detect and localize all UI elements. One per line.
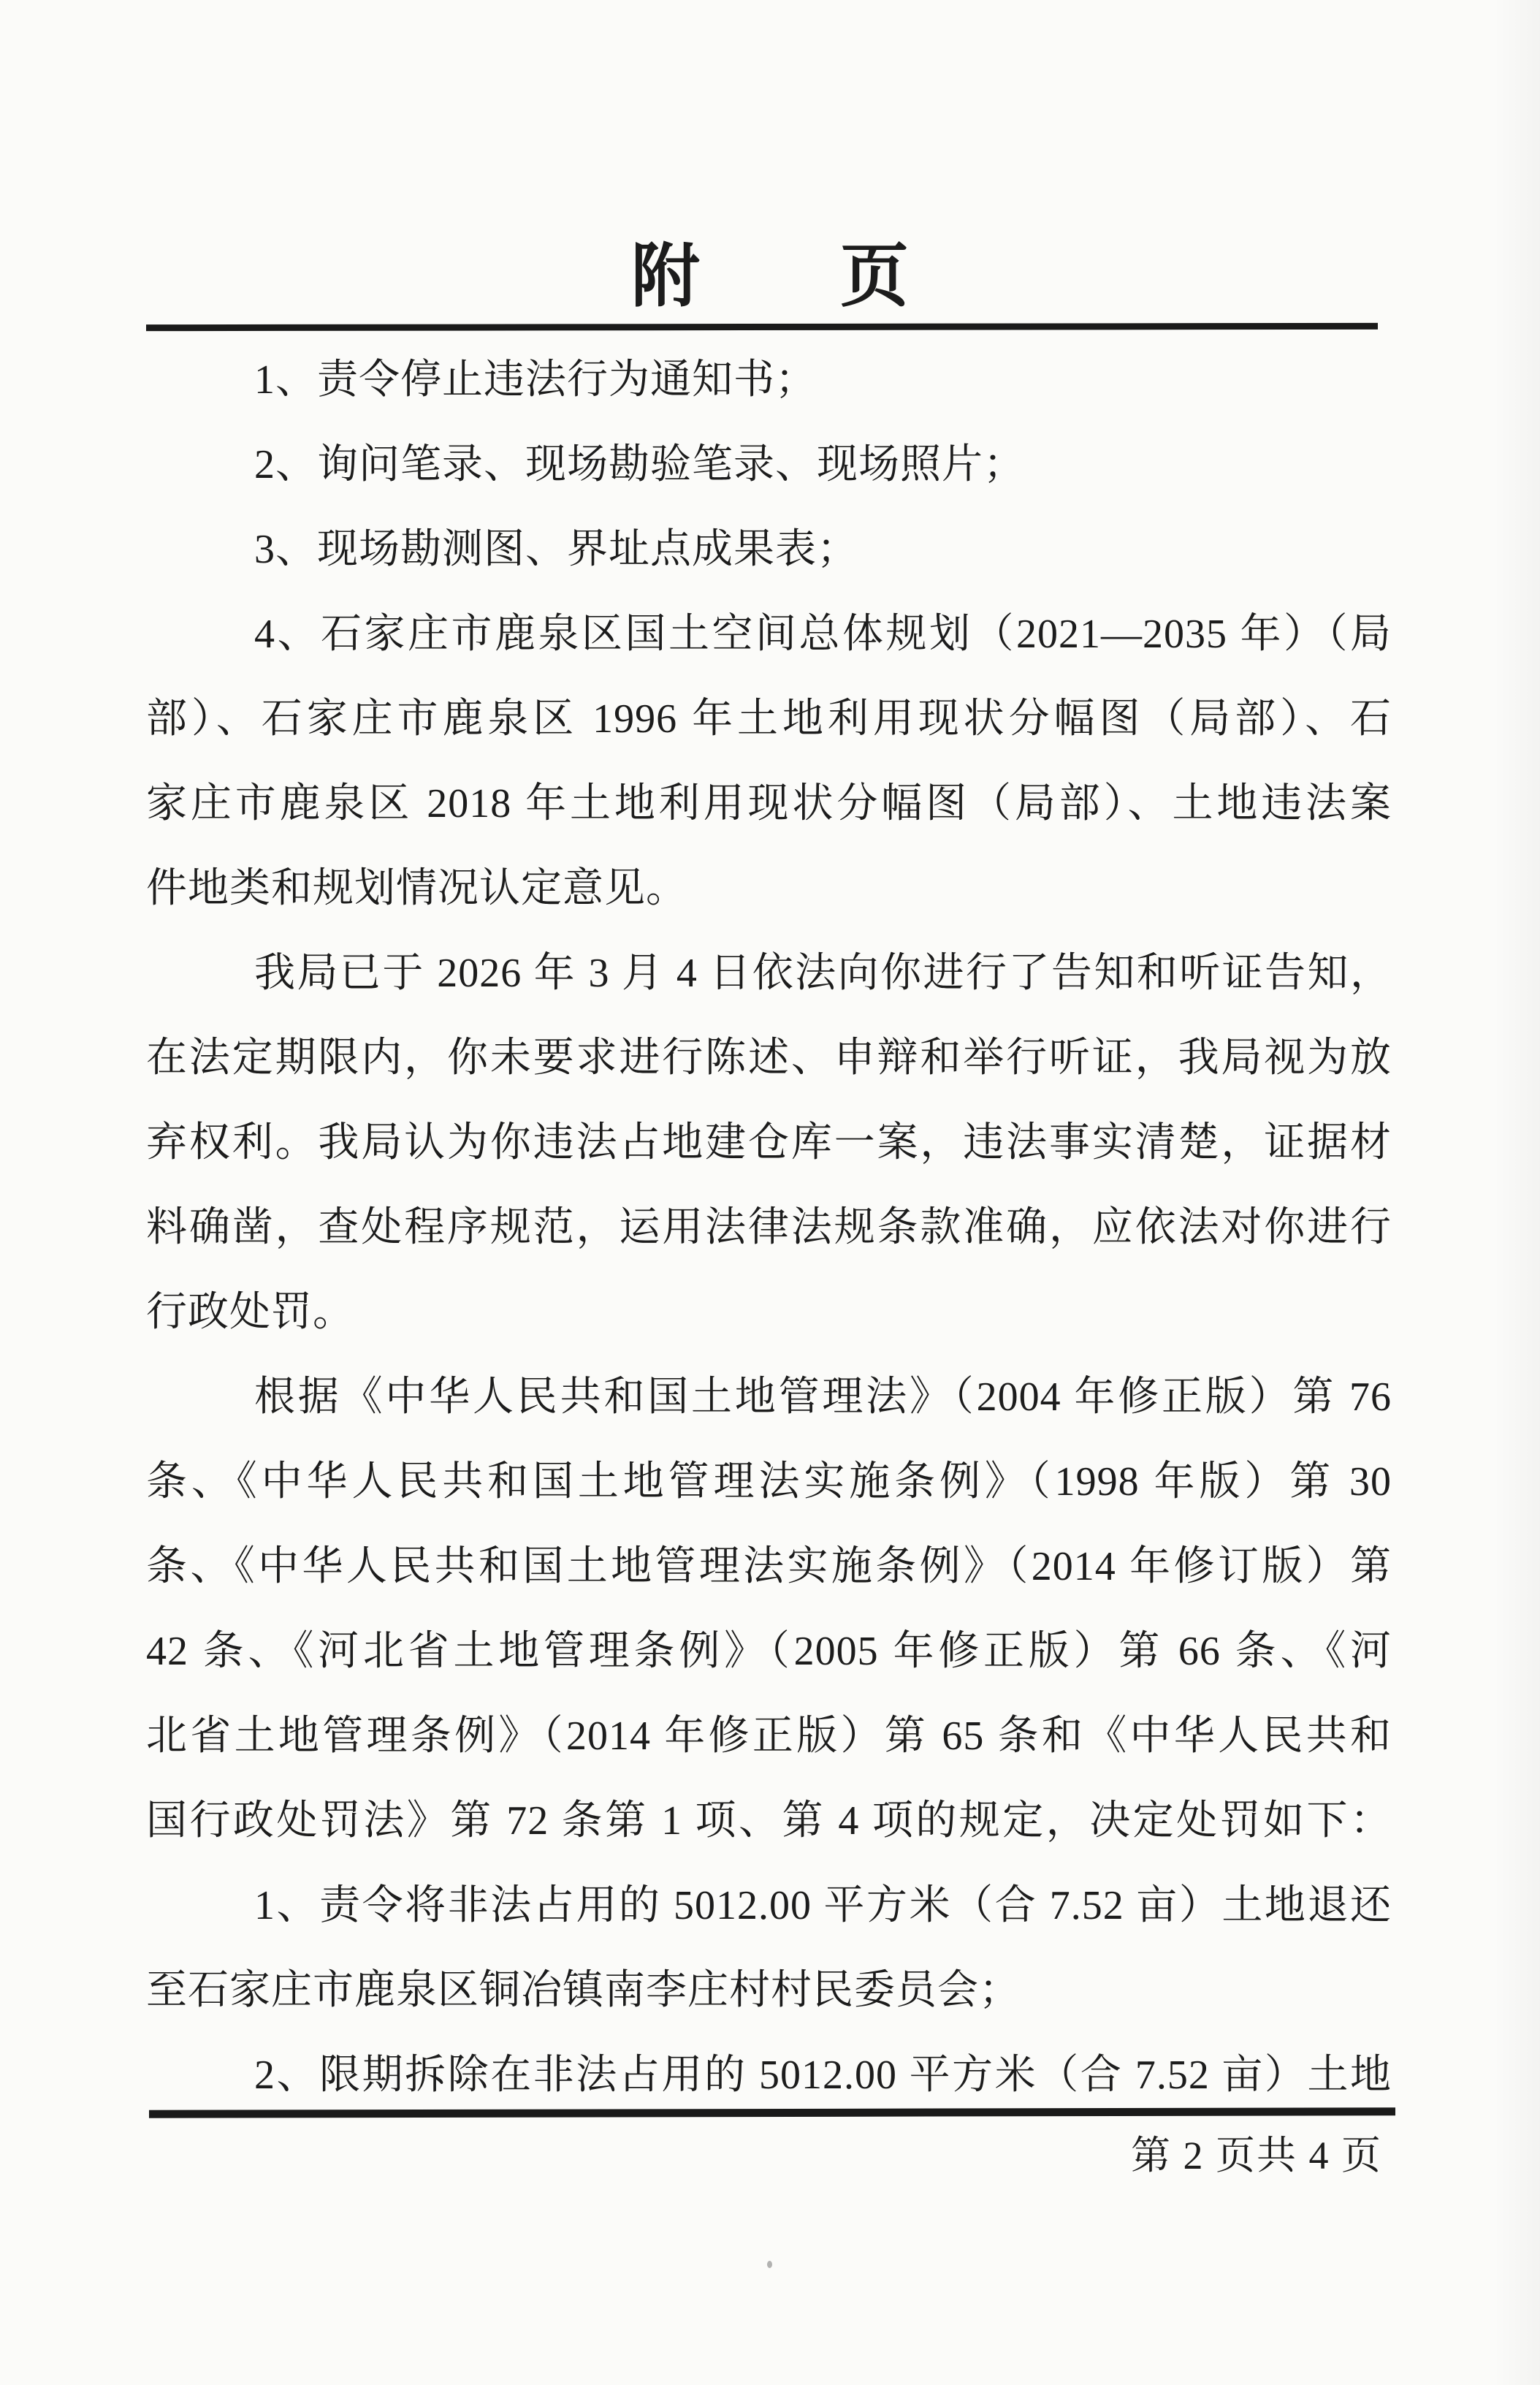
document-line: 料确凿，查处程序规范，运用法律法规条款准确，应依法对你进行	[146, 1185, 1392, 1270]
document-line: 条、《中华人民共和国土地管理法实施条例》（1998 年版）第 30	[146, 1439, 1392, 1524]
document-body: 1、责令停止违法行为通知书； 2、询问笔录、现场勘验笔录、现场照片； 3、现场勘…	[146, 338, 1392, 2118]
document-line: 我局已于 2026 年 3 月 4 日依法向你进行了告知和听证告知，	[146, 931, 1392, 1016]
document-line: 国行政处罚法》第 72 条第 1 项、第 4 项的规定，决定处罚如下：	[146, 1779, 1392, 1863]
scan-speck	[767, 2261, 772, 2268]
document-line: 3、现场勘测图、界址点成果表；	[146, 507, 1392, 592]
page-number: 第 2 页共 4 页	[1131, 2134, 1382, 2177]
document-line: 2、询问笔录、现场勘验笔录、现场照片；	[146, 422, 1392, 507]
document-line: 行政处罚。	[146, 1270, 1392, 1355]
document-line: 根据《中华人民共和国土地管理法》（2004 年修正版）第 76	[146, 1355, 1392, 1439]
document-line: 北省土地管理条例》（2014 年修正版）第 65 条和《中华人民共和	[146, 1694, 1392, 1779]
document-line: 4、石家庄市鹿泉区国土空间总体规划（2021—2035 年）（局	[146, 592, 1392, 677]
page-title-char: 附	[631, 243, 700, 311]
scanned-document-page: 附 页 1、责令停止违法行为通知书； 2、询问笔录、现场勘验笔录、现场照片； 3…	[0, 0, 1540, 2385]
document-line: 1、责令将非法占用的 5012.00 平方米（合 7.52 亩）土地退还	[146, 1863, 1392, 1948]
document-line: 家庄市鹿泉区 2018 年土地利用现状分幅图（局部）、土地违法案	[146, 761, 1392, 846]
document-line: 条、《中华人民共和国土地管理法实施条例》（2014 年修订版）第	[146, 1524, 1392, 1609]
document-line: 部）、石家庄市鹿泉区 1996 年土地利用现状分幅图（局部）、石	[146, 677, 1392, 761]
document-line: 42 条、《河北省土地管理条例》（2005 年修正版）第 66 条、《河	[146, 1609, 1392, 1694]
document-line: 至石家庄市鹿泉区铜冶镇南李庄村村民委员会；	[146, 1948, 1392, 2033]
document-line: 在法定期限内，你未要求进行陈述、申辩和举行听证，我局视为放	[146, 1016, 1392, 1100]
document-line: 件地类和规划情况认定意见。	[146, 846, 1392, 931]
page-title-char: 页	[840, 243, 909, 311]
document-line: 1、责令停止违法行为通知书；	[146, 338, 1392, 422]
document-line: 弃权利。我局认为你违法占地建仓库一案，违法事实清楚，证据材	[146, 1100, 1392, 1185]
title-divider-rule	[146, 323, 1378, 331]
document-line: 2、限期拆除在非法占用的 5012.00 平方米（合 7.52 亩）土地	[146, 2033, 1392, 2118]
page-title: 附 页	[0, 243, 1540, 311]
